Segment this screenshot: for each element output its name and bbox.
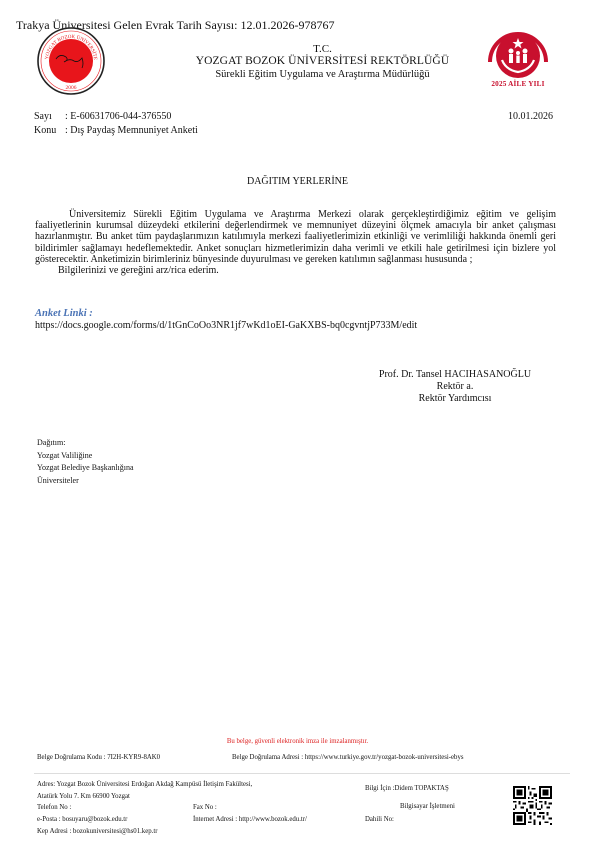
distribution-list: Dağıtım: Yozgat Valiliğine Yozgat Beledi…: [37, 437, 134, 487]
footer-website[interactable]: İnternet Adresi : http://www.bozok.edu.t…: [193, 816, 307, 823]
distribution-item: Yozgat Valiliğine: [37, 450, 134, 463]
konu-value: : Dış Paydaş Memnuniyet Anketi: [65, 125, 198, 136]
footer-fax: Fax No :: [193, 804, 217, 811]
svg-text:2006: 2006: [66, 85, 77, 91]
konu-label: Konu: [34, 125, 65, 136]
distribution-title: Dağıtım:: [37, 437, 134, 450]
survey-link-label: Anket Linki :: [35, 308, 93, 319]
addressee: DAĞITIM YERLERİNE: [0, 176, 595, 187]
signature-block: Prof. Dr. Tansel HACIHASANOĞLU Rektör a.…: [345, 369, 565, 405]
footer-address-line2: Atatürk Yolu 7. Km 66900 Yozgat: [37, 793, 130, 800]
signatory-role: Rektör a.: [345, 381, 565, 393]
sayi-value: : E-60631706-044-376550: [65, 111, 171, 122]
footer-contact-title: Bilgisayar İşletmeni: [400, 803, 455, 810]
document-subject: Konu: Dış Paydaş Memnuniyet Anketi: [34, 125, 198, 136]
qr-code-icon: [513, 786, 552, 825]
body-paragraph: Üniversitemiz Sürekli Eğitim Uygulama ve…: [35, 209, 556, 265]
survey-link[interactable]: https://docs.google.com/forms/d/1tGnCoOo…: [35, 320, 417, 331]
footer-divider: [34, 773, 570, 774]
letter-body: Üniversitemiz Sürekli Eğitim Uygulama ve…: [35, 209, 556, 276]
footer-address-line1: Adres: Yozgat Bozok Üniversitesi Erdoğan…: [37, 781, 252, 788]
family-year-caption: 2025 AİLE YILI: [478, 80, 558, 88]
distribution-item: Üniversiteler: [37, 475, 134, 488]
footer-extension: Dahili No:: [365, 816, 394, 823]
esign-notice: Bu belge, güvenli elektronik imza ile im…: [0, 738, 595, 745]
verification-code: Belge Doğrulama Kodu : 7I2H-KYR9-8AK0: [37, 754, 160, 761]
distribution-item: Yozgat Belediye Başkanlığına: [37, 462, 134, 475]
document-number: Sayı: E-60631706-044-376550: [34, 111, 171, 122]
sayi-label: Sayı: [34, 111, 65, 122]
signatory-title: Rektör Yardımcısı: [345, 393, 565, 405]
verification-address[interactable]: Belge Doğrulama Adresi : https://www.tur…: [232, 754, 464, 761]
footer-kep: Kep Adresi : bozokuniversitesi@hs01.kep.…: [37, 828, 157, 835]
footer-email[interactable]: e-Posta : bosuyaru@bozok.edu.tr: [37, 816, 127, 823]
body-closing: Bilgilerinizi ve gereğini arz/rica ederi…: [35, 265, 556, 276]
document-date: 10.01.2026: [508, 111, 553, 122]
signatory-name: Prof. Dr. Tansel HACIHASANOĞLU: [345, 369, 565, 381]
footer-phone: Telefon No :: [37, 804, 71, 811]
footer-info-contact: Bilgi İçin :Didem TOPAKTAŞ: [365, 785, 449, 792]
